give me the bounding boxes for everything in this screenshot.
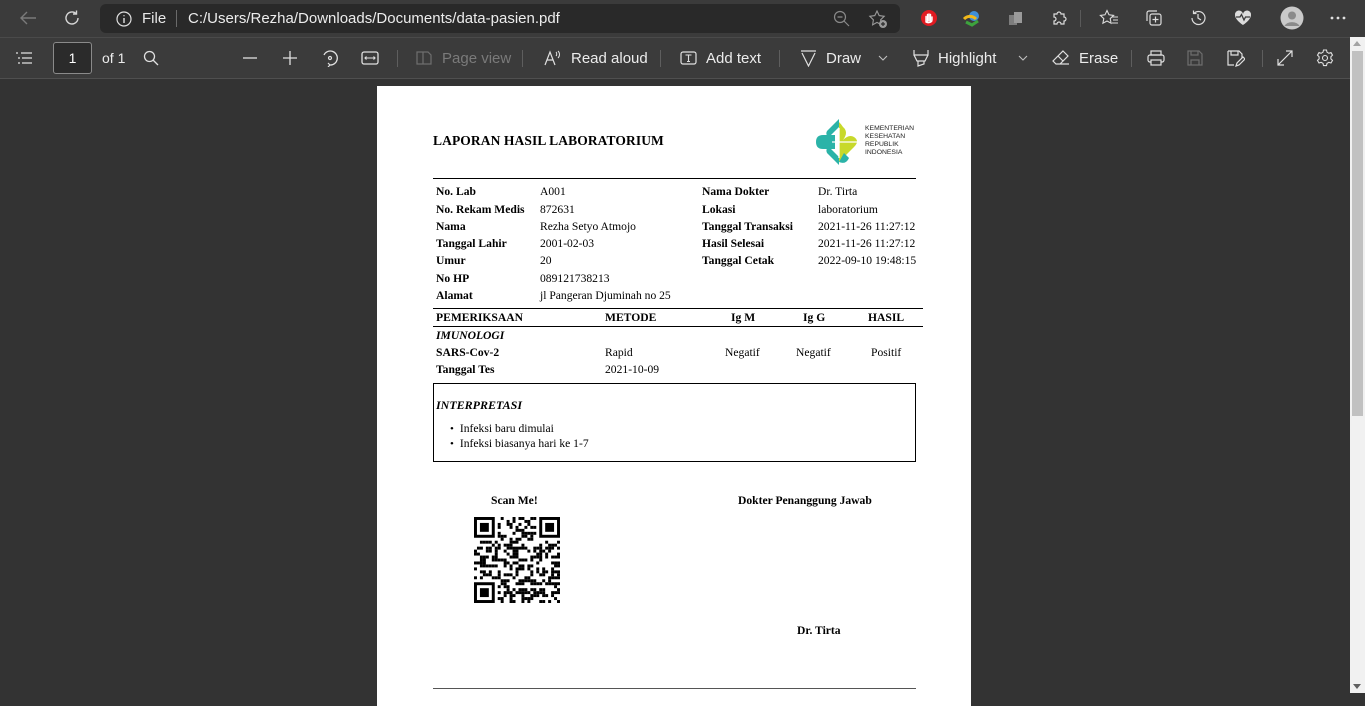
- print-icon: [1147, 50, 1165, 66]
- minus-icon: [242, 50, 258, 66]
- highlight-button[interactable]: Highlight: [913, 38, 996, 78]
- ministry-logo-icon: [816, 118, 862, 166]
- favorites-button[interactable]: [1095, 5, 1123, 31]
- extension-download-manager-icon: [962, 9, 982, 27]
- chevron-down-icon: [878, 55, 888, 61]
- fit-to-width-button[interactable]: [361, 38, 379, 78]
- health-icon: [1233, 9, 1253, 27]
- list-item: Infeksi biasanya hari ke 1-7: [450, 437, 589, 452]
- profile-avatar-icon: [1280, 6, 1304, 30]
- address-bar[interactable]: File C:/Users/Rezha/Downloads/Documents/…: [100, 4, 900, 33]
- extension-download-manager-button[interactable]: [958, 5, 986, 31]
- col-header-metode: METODE: [605, 311, 656, 324]
- collections-button[interactable]: [1140, 5, 1168, 31]
- back-button[interactable]: [14, 5, 42, 31]
- read-aloud-button[interactable]: Read aloud: [544, 38, 648, 78]
- contents-button[interactable]: [15, 38, 33, 78]
- profile-button[interactable]: [1278, 5, 1306, 31]
- expand-icon: [1277, 50, 1293, 66]
- list-item: Infeksi baru dimulai: [450, 422, 589, 437]
- save-icon: [1187, 50, 1203, 66]
- search-icon: [143, 50, 159, 66]
- page-view-button[interactable]: Page view: [415, 38, 511, 78]
- info-icon[interactable]: [116, 11, 132, 27]
- toolbar-divider: [1131, 50, 1132, 67]
- interpretation-box: INTERPRETASI Infeksi baru dimulai Infeks…: [433, 383, 916, 462]
- extensions-puzzle-icon: [1051, 9, 1069, 27]
- more-icon: [1330, 16, 1346, 20]
- header-divider: [433, 178, 916, 179]
- url-separator: [176, 10, 177, 27]
- zoom-out-button[interactable]: [242, 38, 258, 78]
- footer-divider: [433, 688, 916, 689]
- history-icon: [1189, 9, 1207, 27]
- file-scheme-label: File: [142, 10, 166, 27]
- highlighter-icon: [913, 49, 929, 67]
- more-button[interactable]: [1324, 5, 1352, 31]
- pdf-toolbar: 1 of 1 Page view Read aloud Add text Dra…: [0, 37, 1350, 79]
- extensions-button[interactable]: [1046, 5, 1074, 31]
- page-total: of 1: [102, 38, 125, 78]
- table-of-contents-icon: [15, 51, 33, 65]
- save-as-button[interactable]: [1227, 38, 1245, 78]
- add-text-button[interactable]: Add text: [680, 38, 761, 78]
- interpretation-title: INTERPRETASI: [436, 398, 522, 413]
- rotate-icon: [321, 49, 339, 67]
- draw-icon: [800, 49, 817, 67]
- header-row-border: [433, 326, 923, 327]
- scroll-down-arrow[interactable]: [1353, 684, 1361, 689]
- report-title: LAPORAN HASIL LABORATORIUM: [433, 133, 664, 149]
- draw-options-dropdown[interactable]: [878, 38, 888, 78]
- read-aloud-icon: [544, 50, 562, 66]
- results-top-border: [433, 308, 923, 309]
- back-icon: [19, 10, 37, 26]
- scan-me-label: Scan Me!: [491, 494, 538, 507]
- url-text[interactable]: C:/Users/Rezha/Downloads/Documents/data-…: [188, 10, 560, 27]
- toolbar-divider: [779, 50, 780, 67]
- add-text-icon: [680, 51, 697, 65]
- fullscreen-button[interactable]: [1277, 38, 1293, 78]
- toolbar-divider: [397, 50, 398, 67]
- erase-button[interactable]: Erase: [1052, 38, 1118, 78]
- toolbar-divider: [1262, 50, 1263, 67]
- eraser-icon: [1052, 49, 1070, 67]
- col-header-pemeriksaan: PEMERIKSAAN: [436, 311, 523, 324]
- find-button[interactable]: [143, 38, 159, 78]
- col-header-hasil: HASIL: [868, 311, 904, 324]
- responsible-doctor-label: Dokter Penanggung Jawab: [738, 494, 872, 507]
- ministry-logo-text: KEMENTERIAN KESEHATAN REPUBLIK INDONESIA: [865, 125, 914, 157]
- zoom-out-icon[interactable]: [833, 10, 850, 27]
- rotate-button[interactable]: [321, 38, 339, 78]
- refresh-button[interactable]: [58, 5, 86, 31]
- add-favorite-icon[interactable]: [868, 9, 888, 29]
- fit-width-icon: [361, 51, 379, 65]
- page-number-input[interactable]: 1: [53, 42, 92, 74]
- history-button[interactable]: [1184, 5, 1212, 31]
- doctor-signature-name: Dr. Tirta: [797, 624, 841, 637]
- extension-red-hand-icon: [920, 9, 938, 27]
- plus-icon: [282, 50, 298, 66]
- extension-gray-icon: [1007, 9, 1025, 27]
- chevron-down-icon: [1018, 55, 1028, 61]
- settings-button[interactable]: [1316, 38, 1334, 78]
- draw-button[interactable]: Draw: [800, 38, 861, 78]
- gear-icon: [1316, 49, 1334, 67]
- pdf-page: LAPORAN HASIL LABORATORIUM KEMENTERIAN K…: [377, 86, 971, 693]
- extension-block-button[interactable]: [915, 5, 943, 31]
- save-button[interactable]: [1187, 38, 1203, 78]
- vertical-scrollbar[interactable]: [1350, 37, 1365, 693]
- health-button[interactable]: [1229, 5, 1257, 31]
- toolbar-divider: [660, 50, 661, 67]
- refresh-icon: [63, 9, 81, 27]
- save-as-icon: [1227, 50, 1245, 67]
- collections-icon: [1145, 9, 1163, 27]
- favorites-icon: [1099, 9, 1119, 27]
- col-header-igg: Ig G: [803, 311, 825, 324]
- highlight-options-dropdown[interactable]: [1018, 38, 1028, 78]
- col-header-igm: Ig M: [731, 311, 755, 324]
- category-label: IMUNOLOGI: [436, 329, 504, 342]
- print-button[interactable]: [1147, 38, 1165, 78]
- qr-code: [474, 517, 560, 603]
- browser-top-bar: File C:/Users/Rezha/Downloads/Documents/…: [0, 0, 1365, 37]
- interpretation-list: Infeksi baru dimulai Infeksi biasanya ha…: [450, 422, 589, 451]
- zoom-in-button[interactable]: [282, 38, 298, 78]
- extension-gray-button[interactable]: [1002, 5, 1030, 31]
- scroll-up-arrow[interactable]: [1353, 41, 1361, 46]
- toolbar-divider: [522, 50, 523, 67]
- page-view-icon: [415, 50, 433, 66]
- toolbar-divider: [1080, 10, 1081, 27]
- scrollbar-thumb[interactable]: [1352, 51, 1363, 416]
